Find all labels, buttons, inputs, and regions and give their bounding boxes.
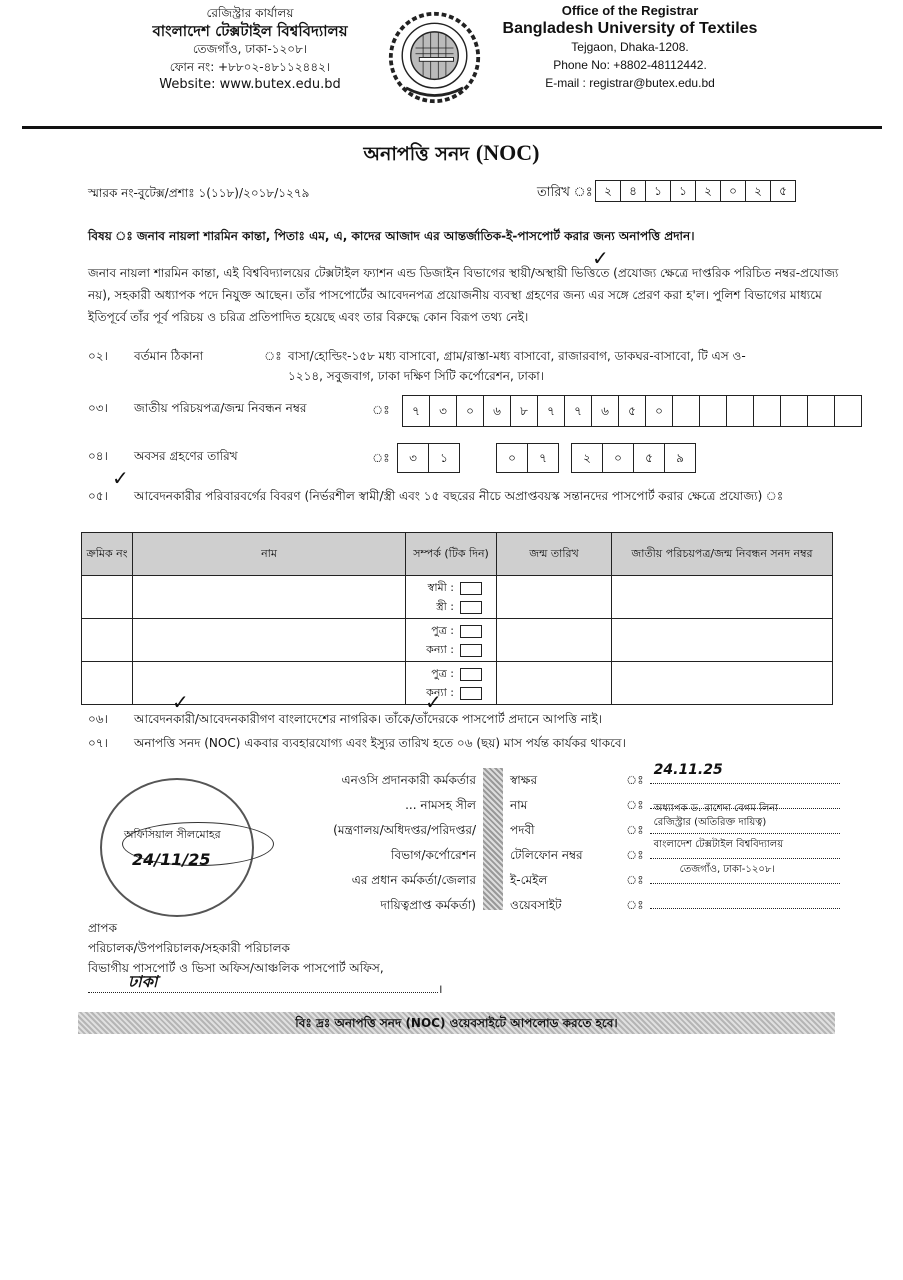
phone-bn: ফোন নং: +৮৮০২-৪৮১১২৪৪২।	[130, 58, 370, 76]
colon: ঃ	[626, 823, 644, 837]
item-label: আবেদনকারীর পরিবারবর্গের বিবরণ (নির্ভরশীল…	[134, 489, 783, 503]
signature: 24.11.25	[654, 758, 723, 783]
email-en: E-mail : registrar@butex.edu.bd	[495, 74, 765, 92]
address-en: Tejgaon, Dhaka-1208.	[495, 38, 765, 56]
colon: ঃ	[626, 773, 644, 787]
seal-date: 24/11/25	[132, 850, 210, 869]
item-number: ০৪।	[88, 448, 134, 468]
digit-box[interactable]	[808, 396, 835, 426]
cell-dob[interactable]	[497, 619, 612, 662]
cell-nid[interactable]	[612, 619, 833, 662]
table-row: পুত্র :কন্যা :	[82, 619, 833, 662]
stamp-line: বাংলাদেশ টেক্সটাইল বিশ্ববিদ্যালয়	[654, 832, 783, 857]
col-nid: জাতীয় পরিচয়পত্র/জন্ম নিবন্ধন সনদ নম্বর	[612, 533, 833, 576]
colon: ঃ	[626, 898, 644, 912]
digit-box[interactable]	[673, 396, 700, 426]
authority-values: ঃ24.11.25 ঃ ঃঅধ্যাপক ড. রাশেদা বেগম লিনা…	[626, 768, 866, 918]
authority-fields: স্বাক্ষরনামপদবীটেলিফোন নম্বরই-মেইলওয়েবস…	[510, 768, 583, 918]
digit-box[interactable]: ৭	[403, 396, 430, 426]
cell-name[interactable]	[133, 576, 406, 619]
relation-label: স্বামী :	[428, 581, 454, 594]
office-name-en: Office of the Registrar	[495, 2, 765, 20]
digit-box[interactable]	[700, 396, 727, 426]
table-row: স্বামী :স্ত্রী :	[82, 576, 833, 619]
cell-relation: স্বামী :স্ত্রী :	[406, 576, 497, 619]
authority-line: বিভাগ/কর্পোরেশন	[290, 843, 476, 868]
item-number: ০৫।	[88, 484, 134, 508]
digit-box[interactable]: ৬	[592, 396, 619, 426]
colon: ঃ	[372, 402, 390, 422]
relation-checkbox[interactable]	[460, 687, 482, 700]
digit-box[interactable]	[781, 396, 808, 426]
title-bn: অনাপত্তি সনদ	[364, 143, 470, 165]
header-bangla: রেজিস্ট্রার কার্যালয় বাংলাদেশ টেক্সটাইল…	[130, 4, 370, 94]
footer-note: বিঃ দ্রঃ অনাপত্তি সনদ (NOC) ওয়েবসাইটে আ…	[78, 1012, 835, 1034]
retirement-year-boxes: ২০৫৯	[571, 443, 696, 473]
authority-line: (মন্ত্রণালয়/অধিদপ্তর/পরিদপ্তর/	[290, 818, 476, 843]
digit-box[interactable]: ৫	[619, 396, 646, 426]
office-name-bn: রেজিস্ট্রার কার্যালয়	[130, 4, 370, 22]
recipient-block: প্রাপক পরিচালক/উপপরিচালক/সহকারী পরিচালক …	[88, 918, 443, 999]
butex-emblem-icon	[387, 10, 482, 105]
date-boxes: ২৪১১২০২৫	[595, 180, 796, 202]
date-label: তারিখ ঃ	[537, 183, 593, 204]
relation-checkbox[interactable]	[460, 668, 482, 681]
digit-box[interactable]: ৮	[511, 396, 538, 426]
website: Website: www.butex.edu.bd	[130, 76, 370, 94]
digit-box[interactable]: ০	[721, 181, 746, 201]
address-bn: তেজগাঁও, ঢাকা-১২০৮।	[130, 40, 370, 58]
item-family: ০৫।আবেদনকারীর পরিবারবর্গের বিবরণ (নির্ভর…	[88, 484, 848, 508]
title-en: (NOC)	[476, 140, 540, 165]
digit-box[interactable]: ১	[671, 181, 696, 201]
col-dob: জন্ম তারিখ	[497, 533, 612, 576]
family-table: ক্রমিক নং নাম সম্পর্ক (টিক দিন) জন্ম তার…	[81, 532, 833, 705]
cell-nid[interactable]	[612, 576, 833, 619]
digit-box[interactable]: ৬	[484, 396, 511, 426]
field-label: পদবী	[510, 818, 583, 843]
digit-box[interactable]	[835, 396, 861, 426]
digit-box[interactable]: ৩	[398, 444, 429, 472]
item-text: অনাপত্তি সনদ (NOC) একবার ব্যবহারযোগ্য এব…	[134, 736, 626, 750]
digit-box[interactable]: ৭	[565, 396, 592, 426]
digit-box[interactable]: ০	[457, 396, 484, 426]
shaded-separator	[483, 768, 503, 910]
item-label: জাতীয় পরিচয়পত্র/জন্ম নিবন্ধন নম্বর	[134, 401, 307, 415]
table-row: পুত্র :কন্যা :	[82, 662, 833, 705]
address-line-2: ১২১৪, সবুজবাগ, ঢাকা দক্ষিণ সিটি কর্পোরেশ…	[88, 366, 858, 386]
colon: ঃ	[626, 873, 644, 887]
cell-nid[interactable]	[612, 662, 833, 705]
recipient-city: ঢাকা	[128, 972, 158, 992]
retirement-month-boxes: ০৭	[496, 443, 559, 473]
stamp-line: তেজগাঁও, ঢাকা-১২০৮।	[680, 857, 775, 882]
item-citizenship: ০৬।আবেদনকারী/আবেদনকারীগণ বাংলাদেশের নাগর…	[88, 711, 602, 731]
recipient-label: প্রাপক	[88, 918, 443, 938]
digit-box[interactable]: ৫	[771, 181, 795, 201]
authority-line: এর প্রধান কর্মকর্তা/জেলার	[290, 868, 476, 893]
recipient-line-1: পরিচালক/উপপরিচালক/সহকারী পরিচালক	[88, 938, 443, 958]
official-seal: অফিসিয়াল সীলমোহর 24/11/25	[100, 778, 254, 917]
digit-box[interactable]: ২	[572, 444, 603, 472]
item-label: বর্তমান ঠিকানা	[134, 346, 264, 366]
header-english: Office of the Registrar Bangladesh Unive…	[495, 2, 765, 92]
email-line: তেজগাঁও, ঢাকা-১২০৮।	[650, 869, 840, 884]
digit-box[interactable]: ০	[603, 444, 634, 472]
recipient-city-line: ঢাকা	[88, 978, 438, 993]
authority-line: দায়িত্বপ্রাপ্ত কর্মকর্তা)	[290, 893, 476, 918]
relation-label: কন্যা :	[426, 643, 454, 656]
item-retirement: ০৪।অবসর গ্রহণের তারিখ	[88, 448, 238, 468]
item-number: ০৭।	[88, 735, 134, 755]
field-label: স্বাক্ষর	[510, 768, 583, 793]
cell-name[interactable]	[133, 619, 406, 662]
digit-box[interactable]: ৭	[538, 396, 565, 426]
digit-box[interactable]	[727, 396, 754, 426]
digit-box[interactable]: ২	[746, 181, 771, 201]
field-label: নাম	[510, 793, 583, 818]
item-address: ০২।বর্তমান ঠিকানাঃবাসা/হোল্ডিং-১৫৮ মধ্য …	[88, 346, 858, 386]
item-label: অবসর গ্রহণের তারিখ	[134, 449, 238, 463]
relation-checkbox[interactable]	[460, 644, 482, 657]
relation-label: পুত্র :	[431, 624, 454, 637]
relation-label: পুত্র :	[431, 667, 454, 680]
digit-box[interactable]: ২	[696, 181, 721, 201]
digit-box[interactable]: ১	[646, 181, 671, 201]
digit-box[interactable]: ২	[596, 181, 621, 201]
field-label: টেলিফোন নম্বর	[510, 843, 583, 868]
page-title: অনাপত্তি সনদ (NOC)	[0, 140, 903, 172]
authority-line: এনওসি প্রদানকারী কর্মকর্তার	[290, 768, 476, 793]
signature-line: 24.11.25	[650, 769, 840, 784]
reference-number: স্মারক নং-বুটেক্স/প্রশাঃ ১(১১৮)/২০১৮/১২৭…	[88, 185, 309, 205]
item-number: ০৩।	[88, 400, 134, 420]
cell-relation: পুত্র :কন্যা :	[406, 619, 497, 662]
phone-en: Phone No: +8802-48112442.	[495, 56, 765, 74]
digit-box[interactable]: ৪	[621, 181, 646, 201]
cell-serial[interactable]	[82, 576, 133, 619]
item-text: আবেদনকারী/আবেদনকারীগণ বাংলাদেশের নাগরিক।…	[134, 712, 602, 726]
digit-box[interactable]: ০	[497, 444, 528, 472]
digit-box[interactable]: ৩	[430, 396, 457, 426]
digit-box[interactable]: ৫	[634, 444, 665, 472]
cell-dob[interactable]	[497, 576, 612, 619]
digit-box[interactable]: ০	[646, 396, 673, 426]
item-number: ০৬।	[88, 711, 134, 731]
col-serial: ক্রমিক নং	[82, 533, 133, 576]
authority-description: এনওসি প্রদানকারী কর্মকর্তার... নামসহ সীল…	[290, 768, 476, 918]
website-line	[650, 894, 840, 909]
cell-serial[interactable]	[82, 662, 133, 705]
field-label: ই-মেইল	[510, 868, 583, 893]
authority-line: ... নামসহ সীল	[290, 793, 476, 818]
item-number: ০২।	[88, 346, 134, 366]
university-name-en: Bangladesh University of Textiles	[495, 20, 765, 38]
cell-relation: পুত্র :কন্যা :	[406, 662, 497, 705]
retirement-day-boxes: ৩১	[397, 443, 460, 473]
item-validity: ০৭।অনাপত্তি সনদ (NOC) একবার ব্যবহারযোগ্য…	[88, 735, 626, 755]
col-relation: সম্পর্ক (টিক দিন)	[406, 533, 497, 576]
relation-label: স্ত্রী :	[436, 600, 454, 613]
table-header-row: ক্রমিক নং নাম সম্পর্ক (টিক দিন) জন্ম তার…	[82, 533, 833, 576]
relation-checkbox[interactable]	[460, 601, 482, 614]
cell-serial[interactable]	[82, 619, 133, 662]
colon: ঃ	[626, 848, 644, 862]
relation-checkbox[interactable]	[460, 582, 482, 595]
checkmark-icon: ✓	[592, 246, 609, 270]
digit-box[interactable]: ৯	[665, 444, 695, 472]
header-divider	[22, 126, 882, 129]
cell-dob[interactable]	[497, 662, 612, 705]
nid-digit-boxes: ৭৩০৬৮৭৭৬৫০	[402, 395, 862, 427]
line-end: ।	[438, 982, 443, 996]
address-line-1: বাসা/হোল্ডিং-১৫৮ মধ্য বাসাবো, গ্রাম/রাস্…	[288, 349, 746, 363]
university-name-bn: বাংলাদেশ টেক্সটাইল বিশ্ববিদ্যালয়	[130, 22, 370, 40]
colon: ঃ	[264, 346, 288, 366]
field-label: ওয়েবসাইট	[510, 893, 583, 918]
colon: ঃ	[626, 798, 644, 812]
seal-label: অফিসিয়াল সীলমোহর	[124, 826, 221, 845]
item-nid: ০৩।জাতীয় পরিচয়পত্র/জন্ম নিবন্ধন নম্বর	[88, 400, 307, 420]
colon: ঃ	[372, 450, 390, 470]
body-paragraph: জনাব নায়লা শারমিন কান্তা, এই বিশ্ববিদ্য…	[88, 262, 848, 328]
digit-box[interactable]	[754, 396, 781, 426]
digit-box[interactable]: ৭	[528, 444, 558, 472]
digit-box[interactable]: ১	[429, 444, 459, 472]
subject-line: বিষয় ঃ জনাব নায়লা শারমিন কান্তা, পিতাঃ…	[88, 228, 848, 248]
col-name: নাম	[133, 533, 406, 576]
relation-checkbox[interactable]	[460, 625, 482, 638]
